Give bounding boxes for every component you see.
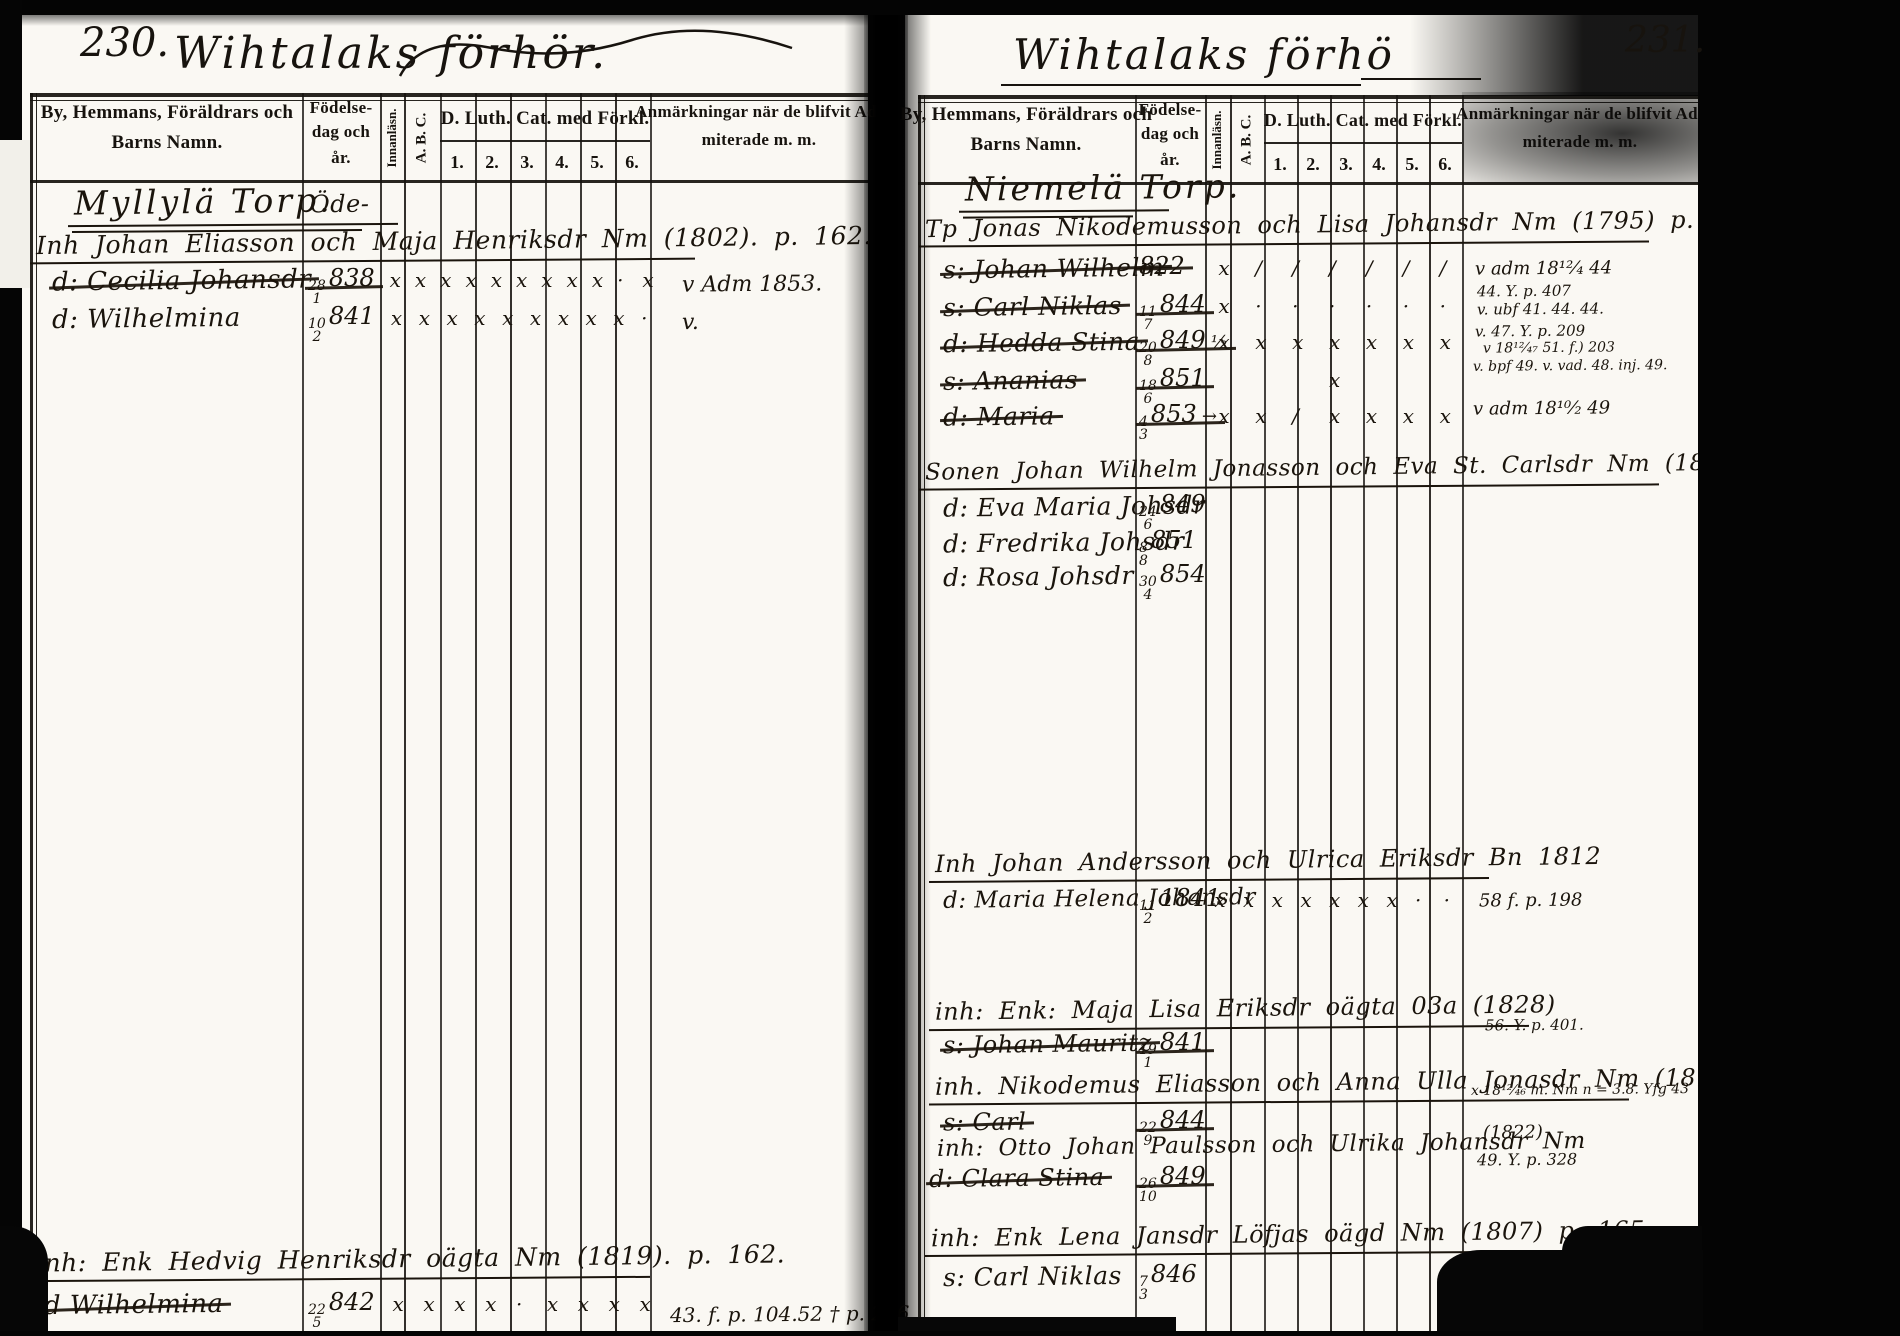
remark-note: x 18¹²⁄₄₆ m. Nm n = 3.8. Yfg 43 bbox=[1471, 1081, 1689, 1099]
child-entry: s: Carl Niklas bbox=[943, 1261, 1122, 1292]
grade-mark: x bbox=[558, 306, 569, 330]
child-entry: s: Johan Mauritz bbox=[943, 1029, 1152, 1060]
grade-mark: · bbox=[641, 306, 647, 330]
scan-smudge bbox=[1462, 92, 1698, 184]
grade-mark: · bbox=[617, 268, 623, 292]
grade-mark: x bbox=[1329, 888, 1340, 912]
remark-note: v adm 18¹⁰⁄₂ 49 bbox=[1473, 397, 1610, 419]
grade-mark: x bbox=[1272, 888, 1283, 912]
grade-mark: x bbox=[1440, 330, 1451, 354]
cat-col-6: 6. bbox=[625, 152, 639, 173]
grade-mark: · bbox=[1255, 294, 1261, 318]
birth-date: 2610849 bbox=[1139, 1162, 1206, 1204]
column-header-remarks-1: Anmärkningar när de blifvit Ad- bbox=[635, 102, 883, 122]
cat-col-2: 2. bbox=[1306, 154, 1320, 175]
child-entry: d: Wilhelmina bbox=[52, 303, 241, 335]
entry-underline bbox=[30, 1276, 650, 1282]
grade-mark: x bbox=[1366, 330, 1377, 354]
grade-mark: x bbox=[1386, 888, 1397, 912]
grade-mark: x bbox=[1292, 330, 1303, 354]
column-header-catechism: D. Luth. Cat. med Förkl. bbox=[441, 108, 650, 130]
child-entry: d Wilhelmina bbox=[44, 1289, 224, 1321]
grade-mark: · bbox=[1292, 294, 1298, 318]
column-header-catechism: D. Luth. Cat. med Förkl. bbox=[1264, 110, 1462, 131]
page-number-left: 230. bbox=[80, 20, 169, 66]
grade-mark: x bbox=[1403, 404, 1414, 428]
column-header-name-2: Barns Namn. bbox=[112, 132, 223, 154]
grade-mark: x bbox=[1366, 404, 1377, 428]
birth-date: 281838 bbox=[308, 264, 375, 306]
column-header-birth-1: Födelse- bbox=[1139, 100, 1202, 120]
grade-mark: x bbox=[491, 268, 502, 292]
column-rule bbox=[510, 93, 512, 1336]
grade-mark: x bbox=[609, 1292, 620, 1316]
birth-date: 102841 bbox=[308, 302, 375, 344]
grade-mark: · bbox=[516, 1292, 522, 1316]
cat-col-5: 5. bbox=[590, 152, 604, 173]
column-header-abc: A. B. C. bbox=[414, 113, 431, 163]
grade-mark: x bbox=[423, 1292, 434, 1316]
grade-mark: x bbox=[1300, 888, 1311, 912]
column-rule bbox=[404, 93, 406, 1336]
cat-col-4: 4. bbox=[1372, 154, 1386, 175]
grade-mark: x bbox=[390, 268, 401, 292]
grade-mark: x bbox=[640, 1292, 651, 1316]
grade-mark: · bbox=[1366, 294, 1372, 318]
grade-mark: x bbox=[642, 268, 653, 292]
birth-date: 208849 ½ bbox=[1139, 326, 1228, 368]
right-page: 231. Wihtalaks förhö By, Hemmans, Föräld… bbox=[905, 14, 1698, 1336]
remark-note: v. bpf 49. v. vad. 48. inj. 49. bbox=[1473, 357, 1668, 375]
child-entry: s: Carl bbox=[943, 1107, 1027, 1136]
grade-mark: x bbox=[474, 306, 485, 330]
scan-edge-top bbox=[0, 0, 1900, 15]
grade-mark: x bbox=[1218, 294, 1229, 318]
parent-entry: Inh Johan Eliasson och Maja Henriksdr Nm… bbox=[36, 221, 872, 260]
scan-notch bbox=[0, 140, 30, 288]
column-header-reading: Innanläsn. bbox=[384, 109, 400, 168]
grade-mark: x bbox=[592, 268, 603, 292]
grade-mark: x bbox=[530, 306, 541, 330]
entry-underline bbox=[919, 483, 1659, 490]
grade-mark: ∕ bbox=[1255, 256, 1262, 280]
cat-col-6: 6. bbox=[1438, 154, 1452, 175]
column-header-remarks-2: miterade m. m. bbox=[702, 130, 817, 150]
child-entry: d: Hedda Stina bbox=[943, 327, 1140, 358]
grade-mark: x bbox=[1255, 330, 1266, 354]
grade-mark: x bbox=[1440, 404, 1451, 428]
grade-mark: x bbox=[419, 306, 430, 330]
title-flourish bbox=[382, 26, 802, 82]
left-page: 230. Wihtalaks förhör. By, Hemmans, Förä… bbox=[22, 14, 868, 1336]
remark-note: v 18¹²⁄₄₇ 51. f.) 203 bbox=[1483, 339, 1615, 356]
column-rule bbox=[580, 93, 582, 1336]
cat-col-5: 5. bbox=[1405, 154, 1419, 175]
grade-mark: · bbox=[1329, 294, 1335, 318]
grade-mark: ∕ bbox=[1403, 256, 1410, 280]
grade-mark: x bbox=[440, 268, 451, 292]
remark-note: 49. Y. p. 328 bbox=[1477, 1150, 1577, 1170]
table-rule-top2 bbox=[30, 100, 868, 101]
cat-col-4: 4. bbox=[555, 152, 569, 173]
binding-gutter bbox=[864, 0, 908, 1336]
column-header-name-1: By, Hemmans, Föräldrars och bbox=[900, 104, 1152, 126]
grade-mark: ∕ bbox=[1329, 256, 1336, 280]
grade-mark: x bbox=[1329, 404, 1340, 428]
remark-note: 44. Y. p. 407 bbox=[1477, 282, 1571, 301]
parent-entry: inh: Enk Hedvig Henriksdr oägta Nm (1819… bbox=[36, 1239, 785, 1277]
grade-mark: x bbox=[516, 268, 527, 292]
child-entry: s: Johan Wilhelm bbox=[943, 253, 1165, 285]
child-entry: s: Carl Niklas bbox=[943, 291, 1122, 322]
grade-mark: x bbox=[1329, 330, 1340, 354]
grade-mark: x bbox=[454, 1292, 465, 1316]
grade-mark: x bbox=[465, 268, 476, 292]
column-header-abc: A. B. C. bbox=[1239, 115, 1256, 165]
column-header-birth-1: Födelse- bbox=[310, 98, 373, 118]
grade-mark: x bbox=[586, 306, 597, 330]
grade-mark: x bbox=[1243, 888, 1254, 912]
child-entry: d: Clara Stina bbox=[929, 1163, 1105, 1193]
remark-note: v. 47. Y. p. 209 bbox=[1475, 322, 1585, 341]
grade-mark: · bbox=[1444, 888, 1450, 912]
column-rule bbox=[380, 93, 382, 1336]
grade-mark: x bbox=[1403, 330, 1414, 354]
remark-note: (1822) bbox=[1483, 1122, 1543, 1144]
page-title-right: Wihtalaks förhö bbox=[1013, 30, 1395, 79]
birth-date: 73846 bbox=[1139, 1260, 1197, 1302]
grade-mark: x bbox=[502, 306, 513, 330]
remark-note: v adm 18¹²⁄₄ 44 bbox=[1475, 257, 1612, 279]
birth-date: 822 bbox=[1139, 252, 1185, 280]
scanned-parish-register: 230. Wihtalaks förhör. By, Hemmans, Förä… bbox=[0, 0, 1900, 1336]
entry-underline bbox=[929, 877, 1489, 883]
column-header-name-1: By, Hemmans, Föräldrars och bbox=[41, 102, 293, 124]
grade-mark: ∕ bbox=[1440, 256, 1447, 280]
birth-date: 225842 bbox=[308, 1288, 375, 1330]
heading-entry: Niemelä Torp. bbox=[965, 166, 1242, 208]
grade-mark: x bbox=[547, 1292, 558, 1316]
child-entry: s: Ananias bbox=[943, 365, 1078, 396]
grade-mark: · bbox=[1440, 294, 1446, 318]
grade-mark: ∕ bbox=[1292, 256, 1299, 280]
column-header-reading: Innanläsn. bbox=[1209, 111, 1225, 170]
grade-mark: · bbox=[1403, 294, 1409, 318]
remark-note: 56. Y. p. 401. bbox=[1485, 1016, 1584, 1035]
grade-mark: x bbox=[1214, 888, 1225, 912]
heading-entry: Myllylä Torp. bbox=[74, 180, 333, 222]
title-underline bbox=[1001, 84, 1361, 86]
grade-mark: x bbox=[1218, 330, 1229, 354]
note-entry: Öde- bbox=[310, 190, 370, 219]
grade-mark: x bbox=[1255, 404, 1266, 428]
grade-mark: x bbox=[1218, 256, 1229, 280]
remark-note: v. ubf 41. 44. 44. bbox=[1477, 299, 1604, 318]
remark-note: v Adm 1853. bbox=[682, 271, 822, 297]
table-rule-left-edge bbox=[30, 93, 33, 1336]
child-entry: d: Maria bbox=[943, 401, 1055, 431]
table-rule-left-edge bbox=[918, 95, 921, 1336]
grade-mark: x bbox=[485, 1292, 496, 1316]
birth-date: 1121841 bbox=[1139, 884, 1221, 926]
grade-mark: x bbox=[1358, 888, 1369, 912]
parent-entry: inh: Enk Lena Jansdr Löfjas oägd Nm (180… bbox=[931, 1216, 1653, 1253]
grade-mark: ∕ bbox=[1292, 404, 1299, 428]
table-rule-top bbox=[30, 93, 868, 97]
birth-date: 43853 → bbox=[1139, 400, 1217, 442]
grade-mark: x bbox=[578, 1292, 589, 1316]
table-rule-left-edge2 bbox=[36, 93, 37, 1336]
cat-col-3: 3. bbox=[1339, 154, 1353, 175]
birth-date: 191841 bbox=[1139, 1028, 1206, 1070]
child-entry: d: Cecilia Johansdr bbox=[52, 264, 312, 297]
cat-col-2: 2. bbox=[485, 152, 499, 173]
page-number-right: 231. bbox=[1625, 20, 1705, 61]
grade-mark: x bbox=[392, 1292, 403, 1316]
scan-blob bbox=[1562, 1226, 1702, 1336]
parent-entry: Inh Johan Andersson och Ulrica Eriksdr B… bbox=[935, 842, 1601, 878]
cat-col-1: 1. bbox=[450, 152, 464, 173]
grade-mark: x bbox=[391, 306, 402, 330]
grade-mark: x bbox=[613, 306, 624, 330]
table-rule-left-edge2 bbox=[924, 95, 925, 1336]
grade-mark: x bbox=[447, 306, 458, 330]
column-header-birth-2: dag och bbox=[312, 122, 370, 142]
child-entry: d: Rosa Johsdr bbox=[943, 561, 1134, 592]
cat-col-3: 3. bbox=[520, 152, 534, 173]
grade-mark: x bbox=[567, 268, 578, 292]
grade-mark: ∕ bbox=[1366, 256, 1373, 280]
column-header-birth-2: dag och bbox=[1141, 124, 1199, 144]
scan-edge-right bbox=[1698, 0, 1900, 1336]
grade-mark: · bbox=[1415, 888, 1421, 912]
column-header-birth-3: år. bbox=[331, 148, 351, 168]
grade-mark: x bbox=[415, 268, 426, 292]
column-header-name-2: Barns Namn. bbox=[971, 134, 1082, 156]
cat-col-1: 1. bbox=[1273, 154, 1287, 175]
scan-blob bbox=[0, 1226, 48, 1336]
grade-mark: x bbox=[1329, 368, 1340, 392]
remark-note: v. bbox=[682, 310, 699, 335]
grade-mark: x bbox=[541, 268, 552, 292]
remark-note: 58 f. p. 198 bbox=[1479, 890, 1583, 912]
scan-edge-bottom bbox=[0, 1331, 1900, 1336]
birth-date: 304854 bbox=[1139, 560, 1206, 602]
grade-mark: x bbox=[1218, 404, 1229, 428]
